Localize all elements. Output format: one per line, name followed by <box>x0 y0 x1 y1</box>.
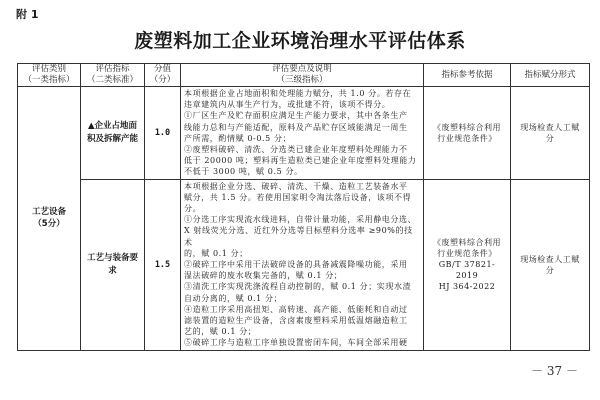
scoring-form-cell: 现场检查人工赋 分 <box>511 87 590 180</box>
table-header-row: 评估类别（一类指标） 评估指标（二类标准） 分值（分） 评估要点及说明（三级指标… <box>18 64 590 87</box>
table-row: 工艺设备（5分） ▲企业占地面积及拆解产能 1.0 本项根据企业占地面积和处理能… <box>18 87 590 180</box>
table-row: 工艺与装备要求 1.5 本项根据企业分选、破碎、清洗、干燥、造粒工艺装备水平 赋… <box>18 179 590 350</box>
header-description: 评估要点及说明（三级指标） <box>181 64 424 87</box>
score-cell: 1.5 <box>145 179 181 350</box>
header-score: 分值（分） <box>145 64 181 87</box>
header-reference: 指标参考依据 <box>424 64 511 87</box>
scoring-form-cell: 现场检查人工赋 分 <box>511 179 590 350</box>
header-scoring-form: 指标赋分形式 <box>511 64 590 87</box>
description-cell: 本项根据企业占地面积和处理能力赋分，共 1.0 分。若存在 违章建筑内从事生产行… <box>181 87 424 180</box>
indicator-cell: ▲企业占地面积及拆解产能 <box>81 87 145 180</box>
indicator-cell: 工艺与装备要求 <box>81 179 145 350</box>
header-indicator: 评估指标（二类标准） <box>81 64 145 87</box>
reference-cell: 《废塑料综合利用 行业规范条件》 <box>424 87 511 180</box>
page-number: － 37 － <box>531 362 578 379</box>
category-cell: 工艺设备（5分） <box>18 87 81 351</box>
header-category: 评估类别（一类指标） <box>18 64 81 87</box>
page-title: 废塑料加工企业环境治理水平评估体系 <box>0 26 600 53</box>
score-cell: 1.0 <box>145 87 181 180</box>
annex-label: 附 1 <box>16 6 38 22</box>
reference-cell: 《废塑料综合利用 行业规范条件》 GB/T 37821-2019 HJ 364-… <box>424 179 511 350</box>
description-cell: 本项根据企业分选、破碎、清洗、干燥、造粒工艺装备水平 赋分，共 1.5 分。若使… <box>181 179 424 350</box>
evaluation-table: 评估类别（一类指标） 评估指标（二类标准） 分值（分） 评估要点及说明（三级指标… <box>17 63 590 351</box>
